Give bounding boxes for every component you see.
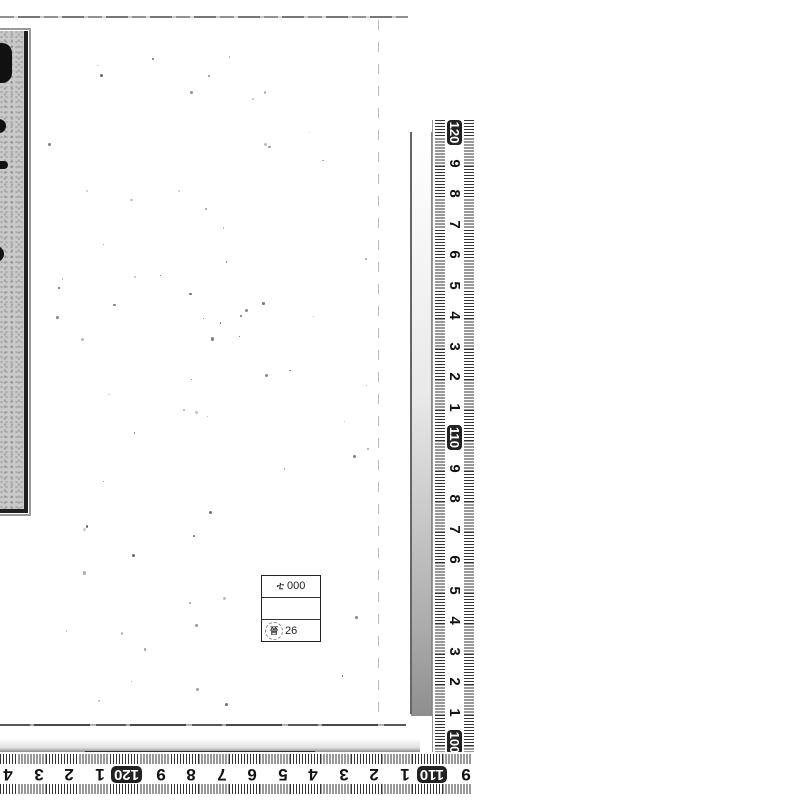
call-number-text: 26: [285, 625, 297, 637]
dust-speck: [81, 338, 84, 341]
dust-speck: [367, 448, 369, 450]
dust-speck: [365, 258, 367, 260]
ruler-label: 3: [332, 764, 356, 784]
ruler-ticks: [435, 120, 445, 752]
dust-speck: [189, 293, 191, 295]
dust-speck: [132, 554, 135, 557]
ruler-label: 1: [88, 764, 112, 784]
dust-speck: [121, 632, 123, 634]
dust-speck: [240, 315, 242, 317]
dust-speck: [205, 208, 207, 210]
title-label: [0, 31, 28, 513]
ruler-label: 1: [393, 764, 417, 784]
dust-speck: [160, 275, 161, 276]
ruler-label: 6: [240, 764, 264, 784]
dust-speck: [208, 75, 210, 77]
dust-speck: [264, 91, 266, 93]
ruler-ticks: [464, 120, 474, 752]
dust-speck: [195, 411, 198, 414]
call-number-row-1: ቲ 000: [262, 576, 320, 598]
dust-speck: [189, 602, 191, 604]
dust-speck: [342, 675, 344, 677]
call-number-row-3: 晉 26: [262, 620, 320, 641]
dust-speck: [223, 227, 225, 229]
dust-speck: [62, 278, 64, 280]
dust-speck: [83, 528, 86, 531]
dust-speck: [100, 74, 103, 77]
spine-shadow: [411, 132, 432, 716]
dust-speck: [309, 132, 310, 133]
ruler-label: 2: [57, 764, 81, 784]
ruler-label: 9: [149, 764, 173, 784]
dust-speck: [211, 337, 214, 340]
dust-speck: [353, 455, 356, 458]
page-top-edge: [0, 16, 408, 18]
dust-speck: [86, 190, 88, 192]
ruler-label: 110: [423, 764, 447, 785]
dust-speck: [229, 56, 231, 58]
dust-speck: [284, 468, 286, 470]
dust-speck: [178, 190, 180, 192]
dust-speck: [183, 409, 186, 412]
dust-speck: [113, 304, 116, 307]
dust-speck: [220, 322, 221, 323]
dust-speck: [289, 370, 291, 372]
vertical-ruler: 120987654321110987654321100: [432, 120, 476, 752]
call-number-box: ቲ 000 晉 26: [261, 575, 321, 642]
dust-speck: [103, 481, 105, 483]
call-number-text: ቲ 000: [277, 580, 306, 593]
dust-speck: [195, 624, 197, 626]
ruler-label: 120: [118, 764, 142, 785]
dust-speck: [252, 98, 254, 100]
dust-speck: [264, 143, 267, 146]
dust-speck: [190, 91, 193, 94]
ruler-label: 9: [454, 764, 478, 784]
dust-speck: [245, 309, 248, 312]
title-character: [0, 43, 12, 83]
dust-speck: [134, 432, 135, 433]
dust-speck: [98, 700, 100, 702]
dust-speck: [193, 535, 195, 537]
dust-speck: [265, 374, 268, 377]
ruler-label: 7: [210, 764, 234, 784]
library-stamp-icon: 晉: [265, 622, 283, 640]
scanned-page: ቲ 000 晉 26 120987654321110987654321100 4…: [0, 0, 800, 800]
dust-speck: [58, 287, 60, 289]
fold-line: [378, 20, 379, 720]
dust-speck: [108, 394, 110, 396]
call-number-row-2: [262, 598, 320, 620]
dust-speck: [344, 421, 345, 422]
dust-speck: [144, 648, 146, 650]
dust-speck: [225, 703, 228, 706]
dust-speck: [262, 302, 265, 305]
dust-speck: [56, 316, 59, 319]
dust-speck: [130, 199, 133, 202]
dust-speck: [268, 146, 270, 148]
dust-speck: [322, 160, 324, 162]
dust-speck: [97, 65, 98, 66]
ruler-label: 3: [27, 764, 51, 784]
dust-speck: [48, 143, 51, 146]
dust-speck: [366, 385, 367, 386]
dust-speck: [209, 511, 212, 514]
dust-speck: [207, 416, 208, 417]
dust-speck: [313, 316, 314, 317]
dust-speck: [152, 58, 153, 59]
dust-speck: [86, 525, 88, 527]
title-character: [0, 246, 4, 262]
ruler-label: 2: [362, 764, 386, 784]
ruler-label: 5: [271, 764, 295, 784]
horizontal-ruler: 43211209876543211109: [0, 752, 472, 796]
dust-speck: [66, 630, 67, 631]
dust-speck: [83, 571, 86, 574]
dust-speck: [103, 244, 104, 245]
ruler-label: 4: [301, 764, 325, 784]
dust-speck: [131, 681, 132, 682]
dust-speck: [355, 616, 358, 619]
ruler-ticks: [0, 754, 472, 764]
dust-speck: [203, 318, 204, 319]
dust-speck: [239, 336, 240, 337]
ruler-ticks: [0, 784, 472, 794]
dust-speck: [191, 379, 192, 380]
ruler-label: 8: [179, 764, 203, 784]
spine-line: [410, 132, 412, 714]
title-character: [0, 119, 6, 133]
dust-speck: [196, 688, 199, 691]
dust-speck: [134, 276, 136, 278]
dust-speck: [226, 261, 227, 262]
dust-speck: [223, 597, 226, 600]
ruler-label: 4: [0, 764, 20, 784]
page-bottom-edge: [0, 724, 406, 726]
title-character: [0, 161, 8, 169]
